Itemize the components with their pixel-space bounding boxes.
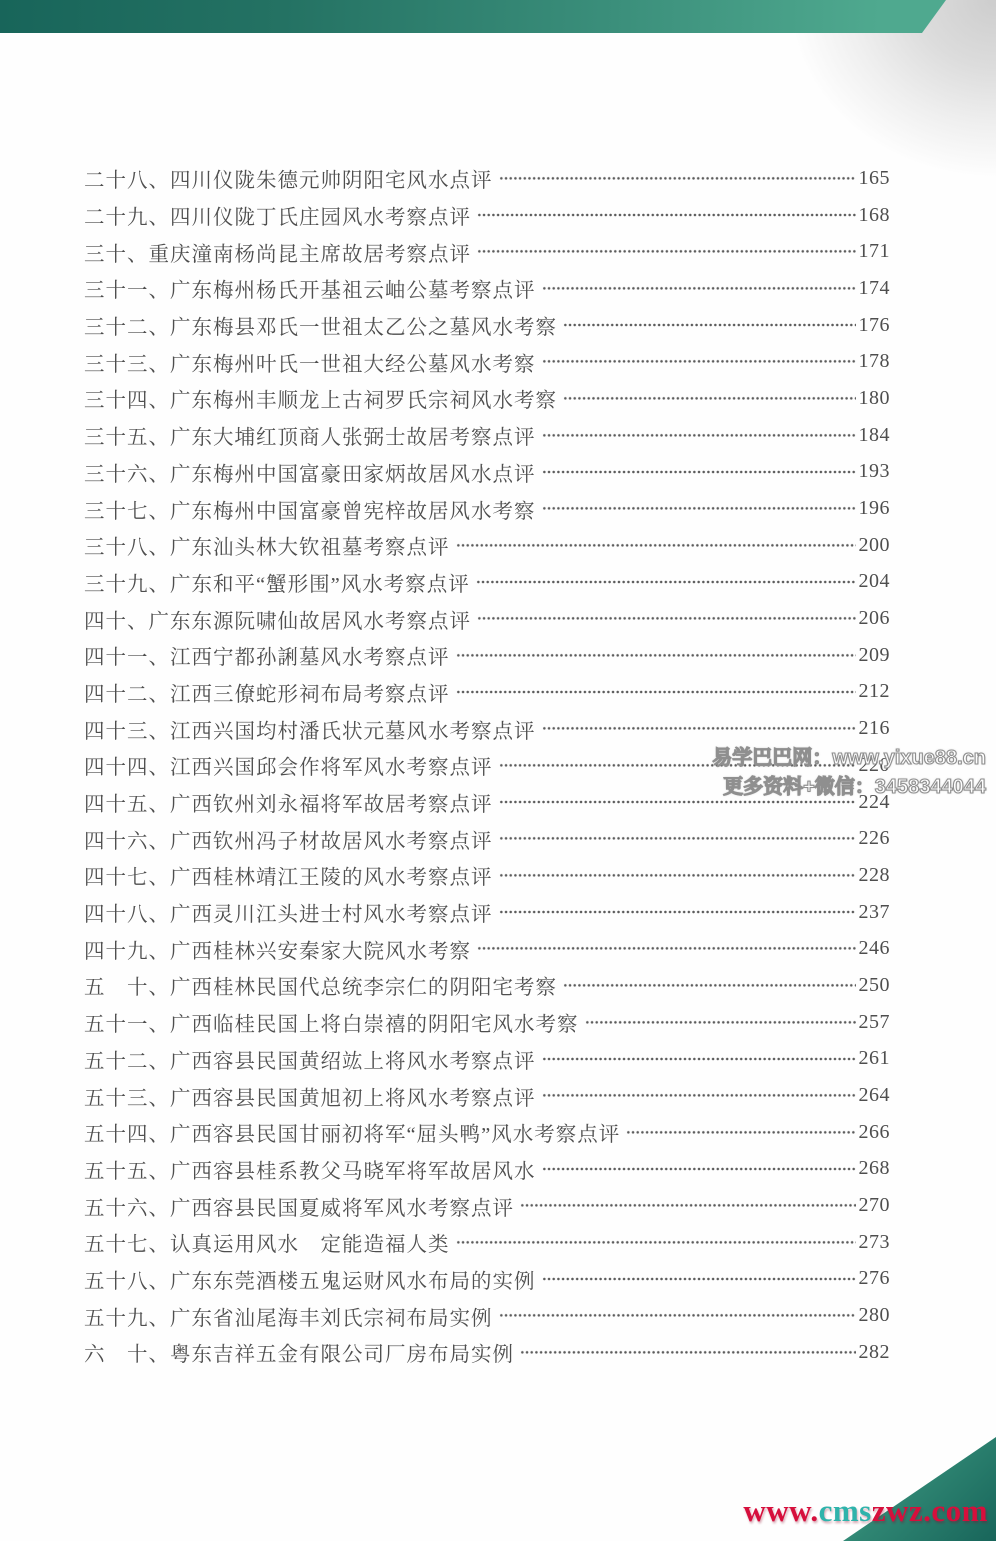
toc-entry: 四十三、江西兴国均村潘氏状元墓风水考察点评216 — [84, 710, 890, 747]
toc-entry: 三十一、广东梅州杨氏开基祖云岫公墓考察点评174 — [84, 270, 890, 307]
toc-entry-page: 176 — [859, 314, 891, 337]
toc-entry: 三十七、广东梅州中国富豪曾宪梓故居风水考察196 — [84, 490, 890, 527]
toc-entry: 三十五、广东大埔红顶商人张弼士故居考察点评184 — [84, 417, 890, 454]
dot-leader — [542, 270, 856, 307]
dot-leader — [499, 160, 856, 197]
toc-entry: 四十、广东东源阮啸仙故居风水考察点评206 — [84, 600, 890, 637]
toc-entry-page: 266 — [859, 1121, 891, 1144]
toc-entry-page: 180 — [859, 387, 891, 410]
toc-entry-page: 250 — [859, 974, 891, 997]
dot-leader — [563, 967, 856, 1004]
toc-entry: 五十二、广西容县民国黄绍竑上将风水考察点评261 — [84, 1041, 890, 1078]
toc-entry: 二十九、四川仪陇丁氏庄园风水考察点评168 — [84, 197, 890, 234]
footer-url[interactable]: www.cmszwz.com — [743, 1493, 988, 1529]
dot-leader — [499, 820, 856, 857]
dot-leader — [542, 417, 856, 454]
watermark: 易学巴巴网：www.yixue88.cn 更多资料+微信：3458344044 — [712, 744, 986, 802]
toc-entry: 五十九、广东省汕尾海丰刘氏宗祠布局实例280 — [84, 1297, 890, 1334]
toc-entry-title: 六 十、粤东吉祥五金有限公司厂房布局实例 — [84, 1337, 514, 1367]
toc-entry-title: 五十六、广西容县民国夏威将军风水考察点评 — [84, 1191, 514, 1221]
toc-entry-title: 三十三、广东梅州叶氏一世祖大经公墓风水考察 — [84, 347, 536, 377]
toc-entry-title: 五十四、广西容县民国甘丽初将军“屈头鸭”风水考察点评 — [84, 1117, 620, 1147]
footer-url-part3: zwz.com — [872, 1493, 988, 1528]
toc-entry: 三十、重庆潼南杨尚昆主席故居考察点评171 — [84, 233, 890, 270]
toc-entry: 四十七、广西桂林靖江王陵的风水考察点评228 — [84, 857, 890, 894]
toc-entry: 五十七、认真运用风水 定能造福人类273 — [84, 1224, 890, 1261]
dot-leader — [542, 343, 856, 380]
toc-entry-page: 212 — [859, 680, 891, 703]
toc-entry-page: 273 — [859, 1231, 891, 1254]
dot-leader — [542, 454, 856, 491]
dot-leader — [542, 1077, 856, 1114]
toc-entry: 三十四、广东梅州丰顺龙上古祠罗氏宗祠风水考察180 — [84, 380, 890, 417]
toc-entry-title: 四十三、江西兴国均村潘氏状元墓风水考察点评 — [84, 714, 536, 744]
dot-leader — [477, 930, 856, 967]
toc-entry-page: 178 — [859, 350, 891, 373]
toc-entry-page: 204 — [859, 570, 891, 593]
toc-entry: 二十八、四川仪陇朱德元帅阴阳宅风水点评165 — [84, 160, 890, 197]
footer-url-part2: cms — [819, 1493, 872, 1528]
toc-entry: 三十二、广东梅县邓氏一世祖太乙公之墓风水考察176 — [84, 307, 890, 344]
dot-leader — [476, 564, 856, 601]
toc-entry: 三十八、广东汕头林大钦祖墓考察点评200 — [84, 527, 890, 564]
toc-entry-page: 209 — [859, 644, 891, 667]
toc-entry-title: 二十九、四川仪陇丁氏庄园风水考察点评 — [84, 200, 471, 230]
dot-leader — [456, 637, 856, 674]
toc-entry-page: 270 — [859, 1194, 891, 1217]
dot-leader — [499, 894, 856, 931]
dot-leader — [456, 674, 856, 711]
toc-entry: 四十二、江西三僚蛇形祠布局考察点评212 — [84, 674, 890, 711]
toc-entry-title: 三十、重庆潼南杨尚昆主席故居考察点评 — [84, 237, 471, 267]
toc-entry-page: 226 — [859, 827, 891, 850]
toc-entry-page: 276 — [859, 1267, 891, 1290]
toc-entry: 三十三、广东梅州叶氏一世祖大经公墓风水考察178 — [84, 343, 890, 380]
toc-entry: 五十三、广西容县民国黄旭初上将风水考察点评264 — [84, 1077, 890, 1114]
dot-leader — [477, 600, 856, 637]
dot-leader — [542, 710, 856, 747]
toc-entry-title: 三十四、广东梅州丰顺龙上古祠罗氏宗祠风水考察 — [84, 383, 557, 413]
dot-leader — [477, 197, 856, 234]
toc-entry: 五 十、广西桂林民国代总统李宗仁的阴阳宅考察250 — [84, 967, 890, 1004]
toc-entry-title: 五十二、广西容县民国黄绍竑上将风水考察点评 — [84, 1044, 536, 1074]
toc-entry-page: 184 — [859, 424, 891, 447]
toc-entry-title: 四十八、广西灵川江头进士村风水考察点评 — [84, 897, 493, 927]
toc-entry-page: 257 — [859, 1011, 891, 1034]
toc-entry: 四十八、广西灵川江头进士村风水考察点评237 — [84, 894, 890, 931]
toc-entry-title: 四十七、广西桂林靖江王陵的风水考察点评 — [84, 860, 493, 890]
toc-entry-title: 四十五、广西钦州刘永福将军故居考察点评 — [84, 787, 493, 817]
toc-entry-page: 261 — [859, 1047, 891, 1070]
toc-entry-title: 五十一、广西临桂民国上将白崇禧的阴阳宅风水考察 — [84, 1007, 579, 1037]
dot-leader — [563, 307, 856, 344]
toc-entry-title: 五十九、广东省汕尾海丰刘氏宗祠布局实例 — [84, 1301, 493, 1331]
toc-entry: 三十九、广东和平“蟹形围”风水考察点评204 — [84, 564, 890, 601]
toc-entry-page: 264 — [859, 1084, 891, 1107]
dot-leader — [542, 490, 856, 527]
toc-entry-title: 四十、广东东源阮啸仙故居风水考察点评 — [84, 604, 471, 634]
dot-leader — [542, 1151, 856, 1188]
dot-leader — [585, 1004, 856, 1041]
dot-leader — [499, 857, 856, 894]
toc-entry-title: 三十五、广东大埔红顶商人张弼士故居考察点评 — [84, 420, 536, 450]
top-accent-bar — [0, 0, 946, 33]
toc-entry-title: 五十七、认真运用风水 定能造福人类 — [84, 1227, 450, 1257]
toc-entry-page: 282 — [859, 1341, 891, 1364]
toc-entry-title: 四十一、江西宁都孙誗墓风水考察点评 — [84, 640, 450, 670]
toc-entry-page: 168 — [859, 204, 891, 227]
dot-leader — [520, 1187, 856, 1224]
toc-entry-title: 五十三、广西容县民国黄旭初上将风水考察点评 — [84, 1081, 536, 1111]
toc-entry: 五十八、广东东莞酒楼五鬼运财风水布局的实例276 — [84, 1261, 890, 1298]
toc-entry: 五十六、广西容县民国夏威将军风水考察点评270 — [84, 1187, 890, 1224]
toc-entry-page: 196 — [859, 497, 891, 520]
toc-entry-page: 228 — [859, 864, 891, 887]
toc-entry-title: 三十二、广东梅县邓氏一世祖太乙公之墓风水考察 — [84, 310, 557, 340]
toc-entry: 三十六、广东梅州中国富豪田家炳故居风水点评193 — [84, 454, 890, 491]
toc-entry: 四十九、广西桂林兴安秦家大院风水考察246 — [84, 930, 890, 967]
toc-entry-page: 280 — [859, 1304, 891, 1327]
toc-entry-page: 216 — [859, 717, 891, 740]
toc-entry-title: 四十四、江西兴国邱会作将军风水考察点评 — [84, 750, 493, 780]
toc-entry-title: 三十七、广东梅州中国富豪曾宪梓故居风水考察 — [84, 494, 536, 524]
toc-entry-page: 171 — [859, 240, 891, 263]
dot-leader — [542, 1041, 856, 1078]
toc-entry: 四十六、广西钦州冯子材故居风水考察点评226 — [84, 820, 890, 857]
toc-entry-title: 五 十、广西桂林民国代总统李宗仁的阴阳宅考察 — [84, 970, 557, 1000]
toc-entry-title: 四十九、广西桂林兴安秦家大院风水考察 — [84, 934, 471, 964]
document-page: { "colors": { "teal_dark": "#18655a", "t… — [0, 0, 996, 1541]
toc-entry: 五十一、广西临桂民国上将白崇禧的阴阳宅风水考察257 — [84, 1004, 890, 1041]
dot-leader — [499, 1297, 856, 1334]
watermark-line1: 易学巴巴网：www.yixue88.cn — [712, 744, 986, 773]
dot-leader — [626, 1114, 855, 1151]
toc-entry: 六 十、粤东吉祥五金有限公司厂房布局实例282 — [84, 1334, 890, 1371]
dot-leader — [477, 233, 856, 270]
dot-leader — [520, 1334, 856, 1371]
toc-entry-page: 193 — [859, 460, 891, 483]
toc-entry-title: 四十六、广西钦州冯子材故居风水考察点评 — [84, 824, 493, 854]
dot-leader — [563, 380, 856, 417]
toc-entry-title: 三十一、广东梅州杨氏开基祖云岫公墓考察点评 — [84, 273, 536, 303]
toc-entry: 五十五、广西容县桂系教父马晓军将军故居风水268 — [84, 1151, 890, 1188]
toc-entry-page: 200 — [859, 534, 891, 557]
toc-entry-page: 268 — [859, 1157, 891, 1180]
toc-entry-title: 三十八、广东汕头林大钦祖墓考察点评 — [84, 530, 450, 560]
toc-entry-page: 174 — [859, 277, 891, 300]
toc-entry-page: 165 — [859, 167, 891, 190]
toc-entry-page: 237 — [859, 901, 891, 924]
watermark-line2: 更多资料+微信：3458344044 — [712, 773, 986, 802]
toc-entry-title: 五十八、广东东莞酒楼五鬼运财风水布局的实例 — [84, 1264, 536, 1294]
toc-entry-title: 三十九、广东和平“蟹形围”风水考察点评 — [84, 567, 470, 597]
toc-entry-title: 五十五、广西容县桂系教父马晓军将军故居风水 — [84, 1154, 536, 1184]
toc-entry-title: 二十八、四川仪陇朱德元帅阴阳宅风水点评 — [84, 163, 493, 193]
toc-entry-title: 三十六、广东梅州中国富豪田家炳故居风水点评 — [84, 457, 536, 487]
footer-url-part1: www. — [743, 1493, 818, 1528]
toc-entry: 四十一、江西宁都孙誗墓风水考察点评209 — [84, 637, 890, 674]
toc-entry: 五十四、广西容县民国甘丽初将军“屈头鸭”风水考察点评266 — [84, 1114, 890, 1151]
toc-entry-page: 206 — [859, 607, 891, 630]
toc-entry-page: 246 — [859, 937, 891, 960]
dot-leader — [456, 1224, 856, 1261]
toc-entry-title: 四十二、江西三僚蛇形祠布局考察点评 — [84, 677, 450, 707]
dot-leader — [542, 1261, 856, 1298]
dot-leader — [456, 527, 856, 564]
